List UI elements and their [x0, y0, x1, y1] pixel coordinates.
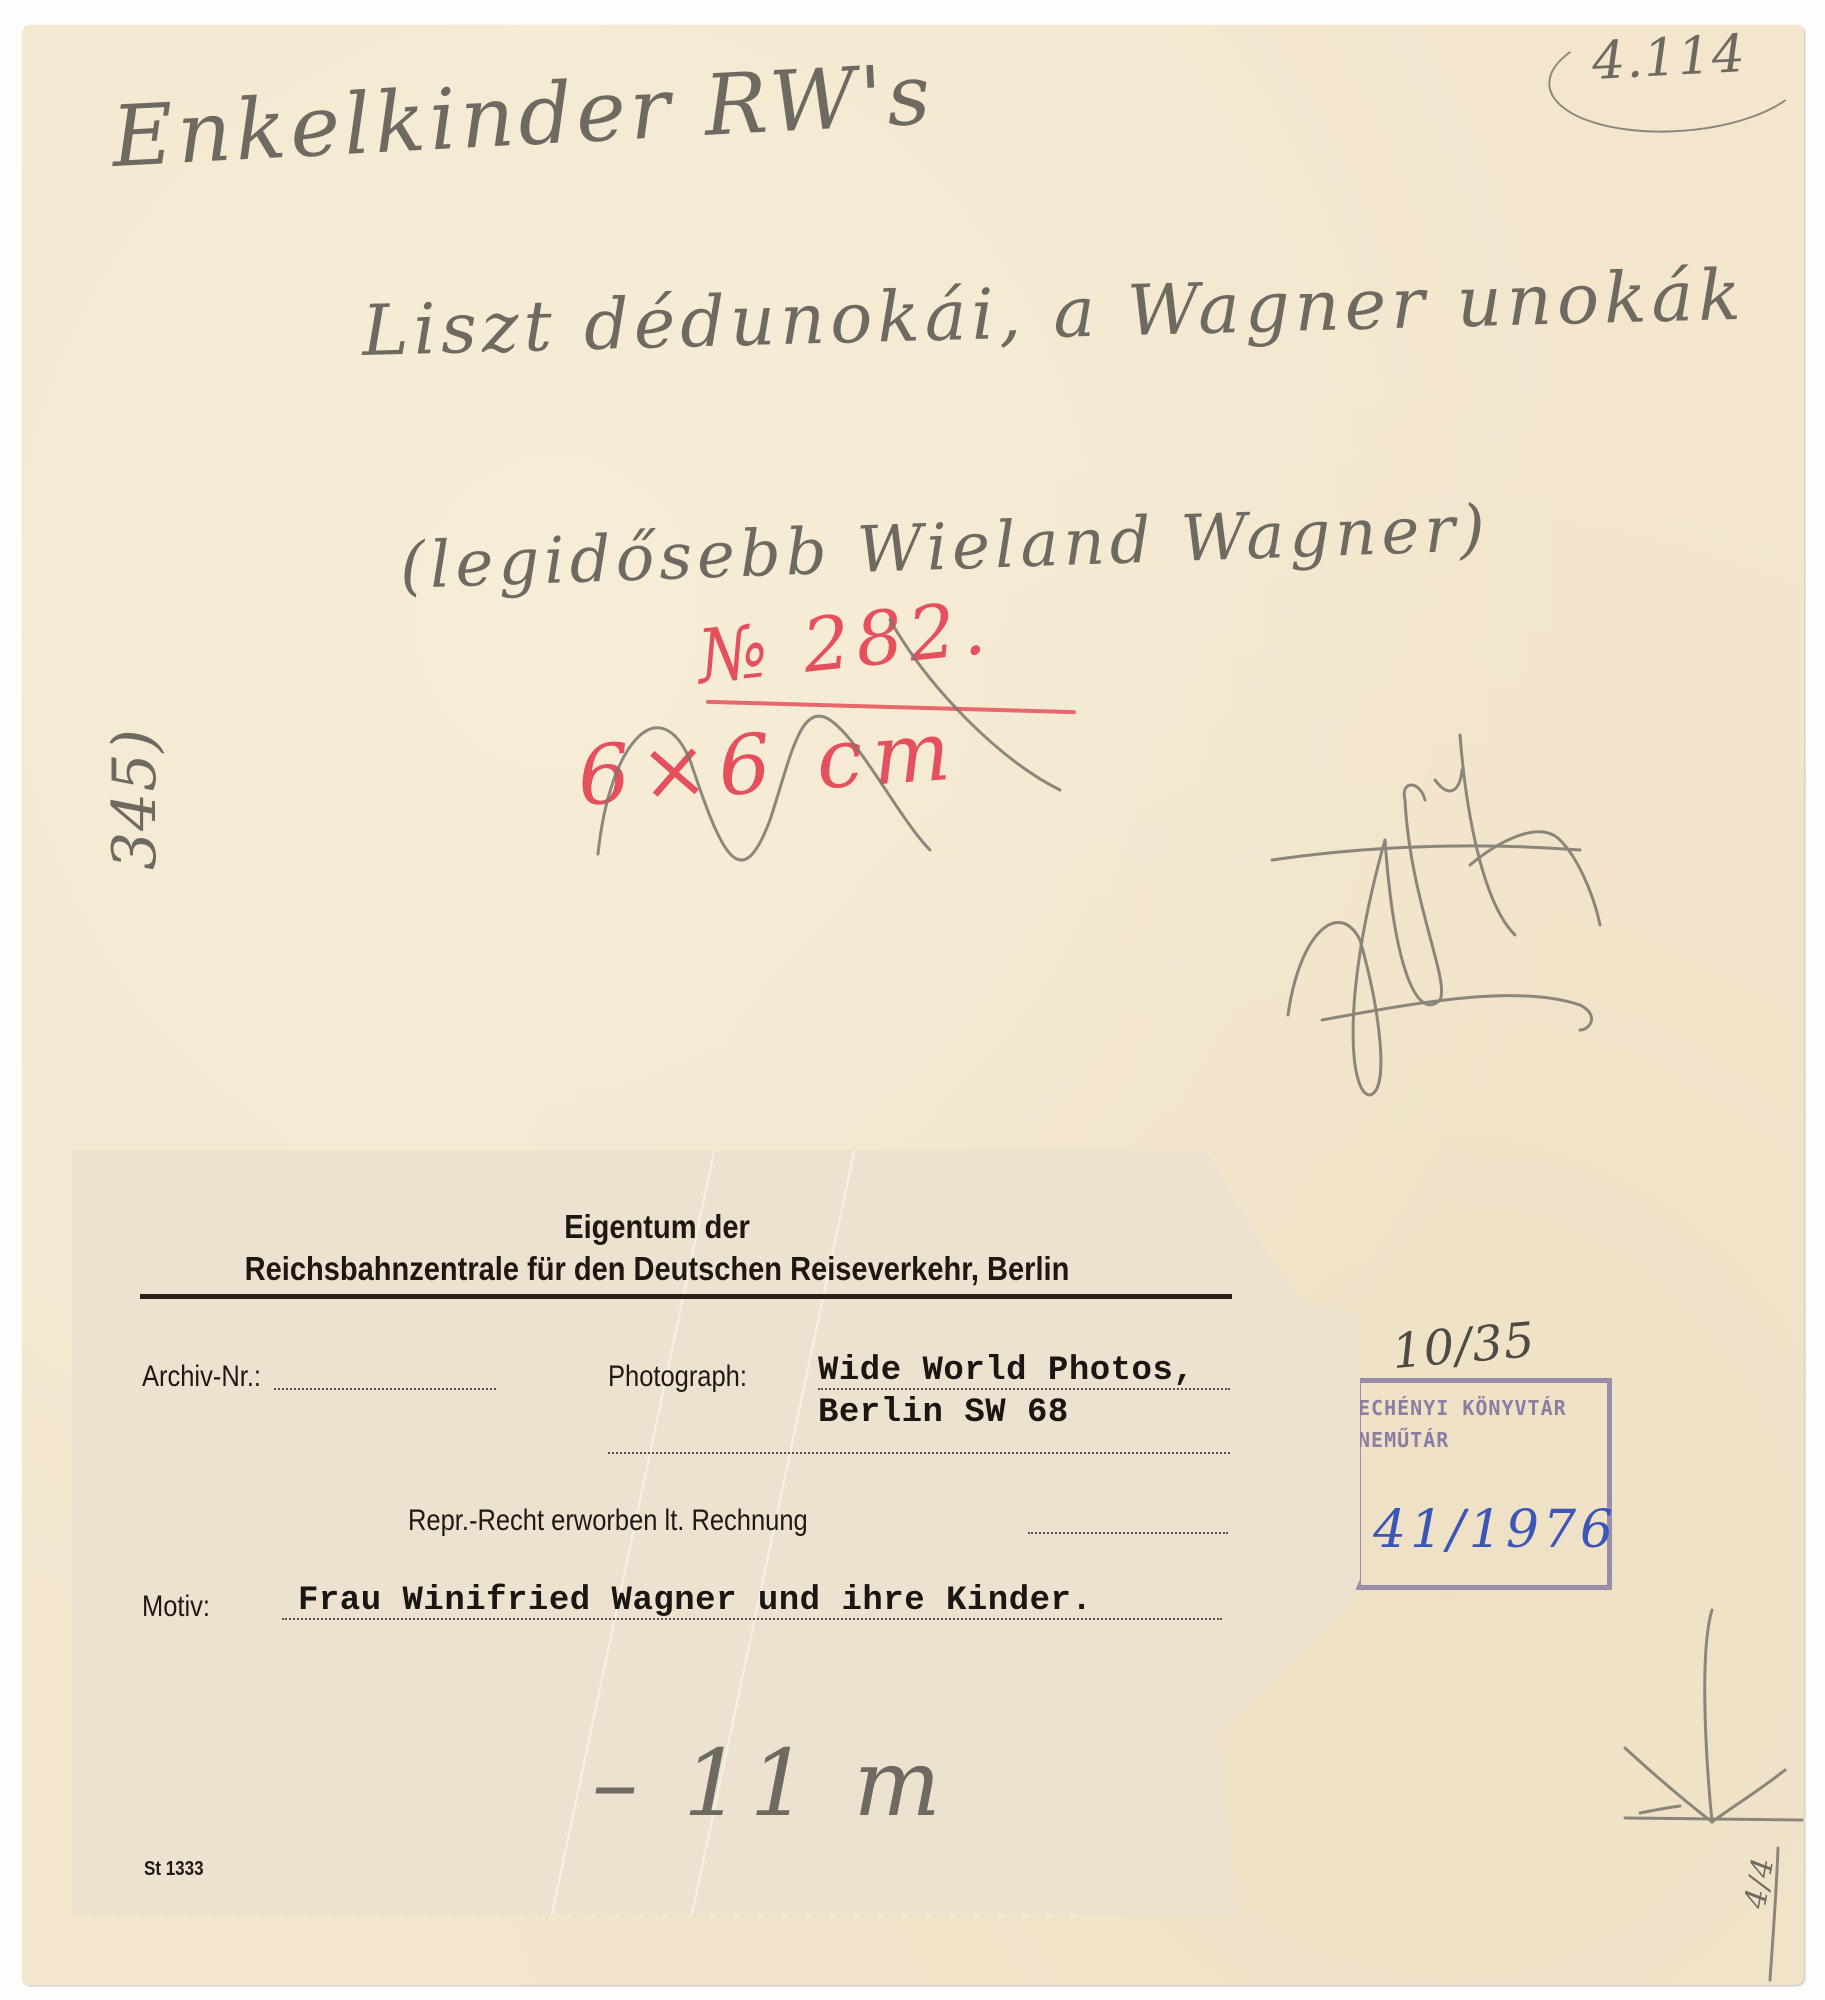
- motiv-value: Frau Winifried Wagner und ihre Kinder.: [298, 1582, 1092, 1620]
- stamp-accession-number: 141/1976: [1336, 1500, 1617, 1560]
- photograph-label: Photograph:: [608, 1360, 747, 1394]
- form-code: St 1333: [144, 1858, 204, 1881]
- photograph-field-line2: [608, 1452, 1230, 1454]
- photograph-value-line1: Wide World Photos,: [818, 1352, 1194, 1390]
- library-stamp-line1: ECHÉNYI KÖNYVTÁR: [1358, 1396, 1567, 1420]
- motiv-label: Motiv:: [142, 1590, 210, 1624]
- photograph-value-line2: Berlin SW 68: [818, 1394, 1069, 1432]
- label-title-line2: Reichsbahnzentrale für den Deutschen Rei…: [151, 1250, 1163, 1288]
- library-stamp-line2: NEMŰTÁR: [1358, 1428, 1449, 1452]
- pencil-measure-mark: – 11 m: [592, 1730, 949, 1837]
- archiv-nr-label: Archiv-Nr.:: [142, 1360, 261, 1394]
- label-title-rule: [140, 1294, 1232, 1299]
- property-label: Eigentum der Reichsbahnzentrale für den …: [72, 1150, 1360, 1916]
- repr-recht-field: [1028, 1532, 1228, 1534]
- repr-recht-label: Repr.-Recht erworben lt. Rechnung: [408, 1504, 808, 1538]
- label-perforated-edge: [72, 1908, 1082, 1918]
- archiv-nr-field: [274, 1388, 496, 1390]
- label-title-line1: Eigentum der: [151, 1208, 1163, 1246]
